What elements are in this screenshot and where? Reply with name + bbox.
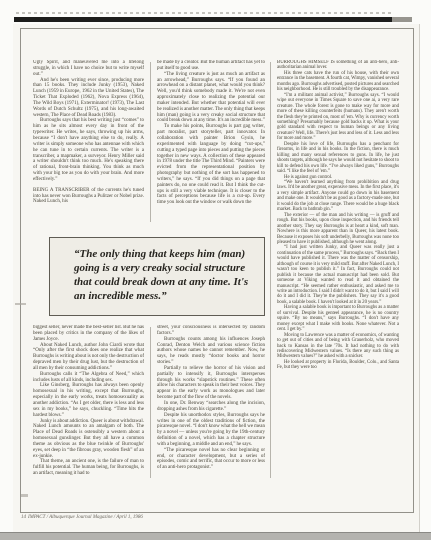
article-paragraph: In one, Dr. Benway “searches along the i…: [157, 401, 265, 413]
article-paragraph: Ugly Spirit, and maneuvered me into a li…: [33, 60, 144, 78]
perforation-dotted-line: [16, 12, 392, 14]
scan-artifact-mark: [21, 494, 28, 497]
column-right: BURROUGHS HIMSELF IS something of an ant…: [277, 60, 399, 481]
page-footer: 14IMPACT / Albuquerque Journal Magazine …: [21, 515, 143, 521]
article-paragraph: “The living creature is just as much an …: [157, 72, 265, 125]
pull-quote-box: “The only thing that keeps him (man) goi…: [49, 237, 265, 316]
article-paragraph: BEING A TRANSCRIBER of the currents he's…: [33, 188, 144, 206]
article-paragraph: “The picaresque novel has no clear begin…: [157, 448, 265, 471]
article-paragraph: The exterior — of the man and his writin…: [277, 213, 399, 246]
article-paragraph: “We haven't learned anything from prohib…: [277, 180, 399, 213]
article-paragraph: Like Ginsberg, Burroughs has always been…: [33, 383, 144, 418]
pull-quote-text: “The only thing that keeps him (man) goi…: [74, 247, 255, 303]
article-paragraph: street, your consciousness is intersecte…: [157, 325, 265, 337]
article-paragraph: Partially to relieve the horror of his v…: [157, 366, 265, 401]
scan-artifact-mark: [15, 303, 26, 305]
page-top-bar-end: [392, 17, 412, 22]
article-paragraph: Burroughs calls it “The Algebra of Need,…: [33, 372, 144, 384]
article-paragraph: Burroughs says that his best writing jus…: [33, 118, 144, 182]
article-paragraph: Despite his unorthodox styles, Burroughs…: [157, 413, 265, 448]
column-top-middle: be made by a creator. But the human arti…: [157, 60, 265, 224]
article-paragraph: To make his points, Burroughs is part ga…: [157, 124, 265, 206]
footer-text: IMPACT / Albuquerque Journal Magazine / …: [28, 515, 143, 520]
article-paragraph: About Naked Lunch, author John Ciardi wr…: [33, 343, 144, 372]
article-paragraph: biggest seller, never made the best-sell…: [33, 325, 144, 343]
article-paragraph: He looked at property in Florida, Boulde…: [277, 360, 399, 371]
column-bottom-left: biggest seller, never made the best-sell…: [33, 325, 144, 481]
article-paragraph: “I'm a militant animal activist,” Burrou…: [277, 93, 399, 142]
page-top-bar: [14, 17, 392, 22]
article-paragraph: BURROUGHS HIMSELF IS something of an ant…: [277, 60, 399, 71]
article-paragraph: And he's been writing ever since, produc…: [33, 78, 144, 119]
column-rule: [270, 62, 271, 478]
article-paragraph: “I had just written Junky, and Queer was…: [277, 245, 399, 305]
article-paragraph: be made by a creator. But the human arti…: [157, 60, 265, 72]
article-paragraph: Junky is about addiction. Queer is about…: [33, 419, 144, 460]
column-bottom-middle: street, your consciousness is intersecte…: [157, 325, 265, 481]
article-paragraph: Burroughs counts among his influences Jo…: [157, 337, 265, 366]
column-top-left: Ugly Spirit, and maneuvered me into a li…: [33, 60, 144, 224]
scan-bottom-edge: [0, 532, 431, 540]
column-rule: [150, 62, 151, 222]
article-paragraph: That theme, an ancient one, is the failu…: [33, 459, 144, 477]
article-paragraph: Despite his love of life, Burroughs has …: [277, 142, 399, 175]
article-paragraph: Moving to Lawrence was a matter of econo…: [277, 333, 399, 360]
column-rule: [150, 327, 151, 478]
footer-page-number: 14: [21, 515, 26, 520]
article-paragraph: Having a salable book is important to Bu…: [277, 305, 399, 332]
article-paragraph: His three cats have the run of his house…: [277, 71, 399, 93]
